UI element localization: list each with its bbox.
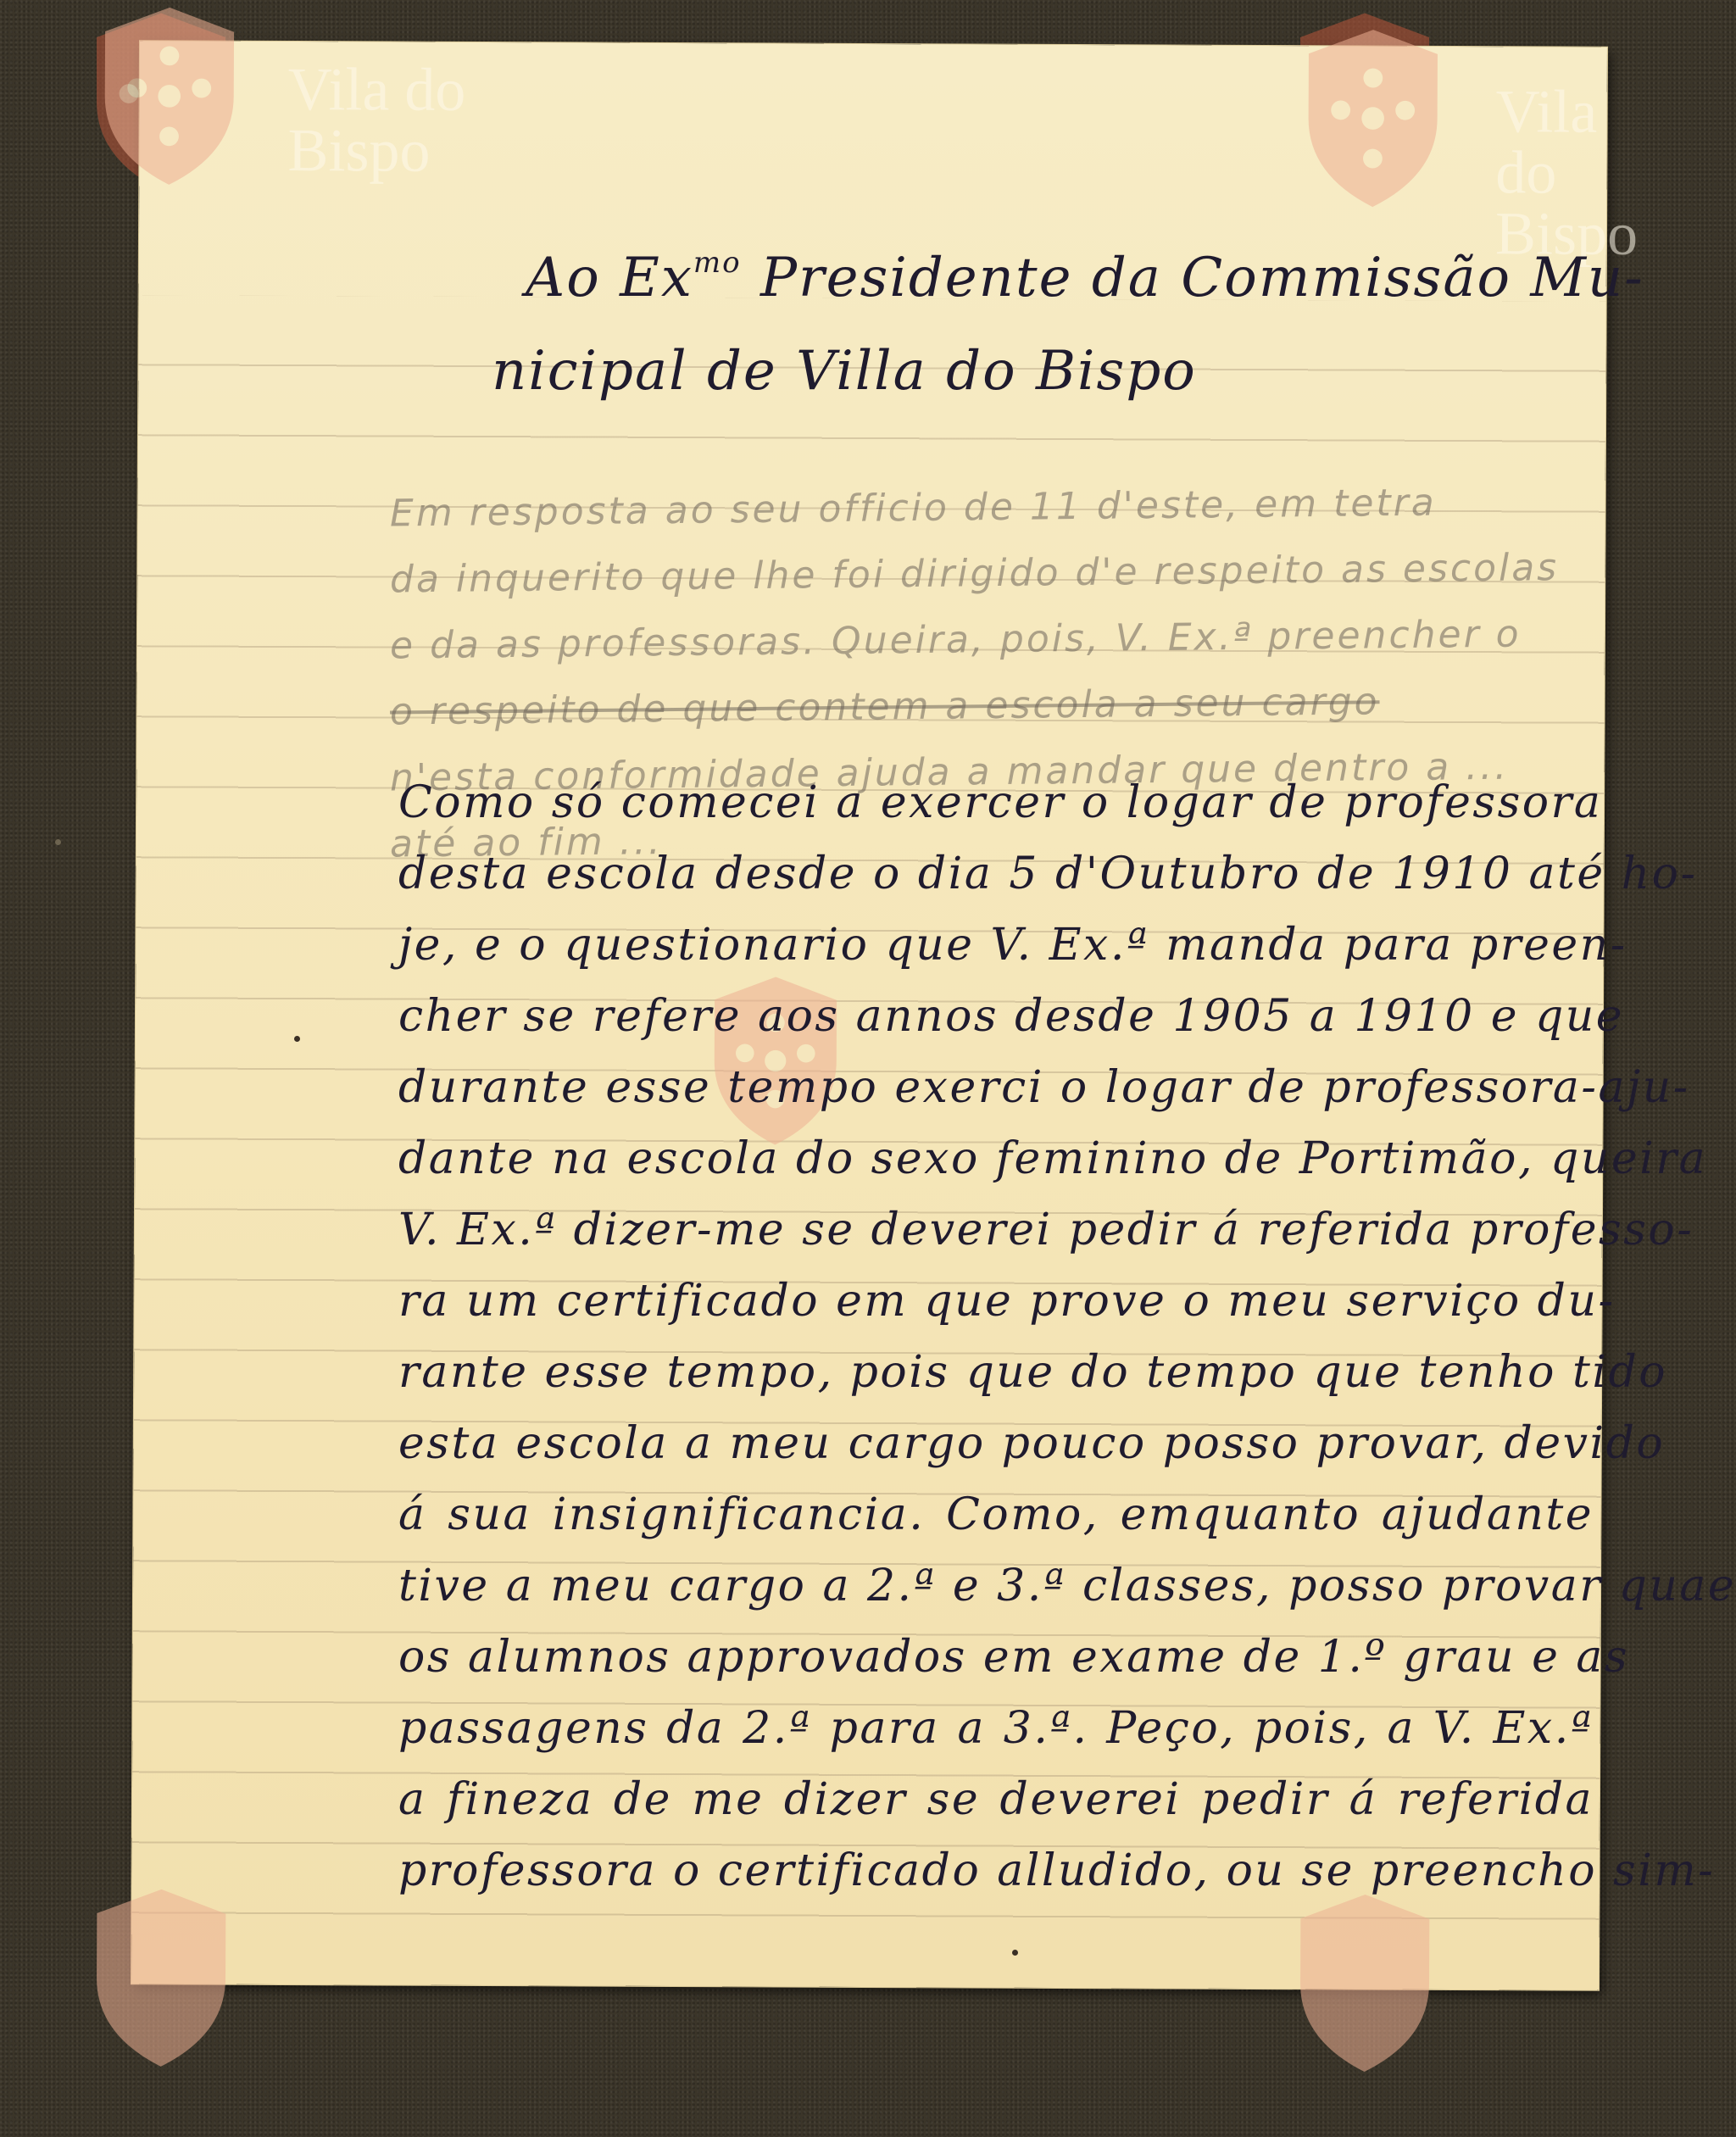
body-line: cher se refere aos annos desde 1905 a 19… — [398, 981, 1594, 1052]
body-line: os alumnos approvados em exame de 1.º gr… — [398, 1622, 1594, 1693]
body-line: rante esse tempo, pois que do tempo que … — [398, 1337, 1594, 1408]
letter-address: Ao Exmo Presidente da Commissão Mu- nici… — [526, 216, 1585, 418]
watermark-shield-icon — [1284, 1894, 1446, 2073]
body-line: Como só comecei a exercer o logar de pro… — [398, 767, 1594, 838]
body-line: passagens da 2.ª para a 3.ª. Peço, pois,… — [398, 1693, 1594, 1764]
watermark-shield-icon — [88, 7, 250, 186]
body-line: esta escola a meu cargo pouco posso prov… — [398, 1408, 1594, 1479]
body-line: á sua insignificancia. Como, emquanto aj… — [398, 1479, 1594, 1550]
watermark-shield-icon — [1292, 29, 1454, 208]
body-line: desta escola desde o dia 5 d'Outubro de … — [398, 838, 1594, 910]
body-line: dante na escola do sexo feminino de Port… — [398, 1123, 1594, 1194]
address-line-1: Ao Exmo Presidente da Commissão Mu- — [526, 216, 1585, 325]
address-line-2: nicipal de Villa do Bispo — [492, 325, 1585, 418]
ink-speck — [1012, 1950, 1018, 1956]
watermark-text: Vila do Bispo — [287, 58, 465, 181]
body-line: ra um certificado em que prove o meu ser… — [398, 1266, 1594, 1337]
letter-body: Como só comecei a exercer o logar de pro… — [398, 767, 1594, 1906]
body-line: professora o certificado alludido, ou se… — [398, 1835, 1594, 1906]
pencil-line-struck: o respeito de que contem a escola a seu … — [390, 667, 1603, 746]
ink-speck — [55, 839, 61, 845]
body-line: je, e o questionario que V. Ex.ª manda p… — [398, 910, 1594, 981]
pencil-line: da inquerito que lhe foi dirigido d'e re… — [390, 535, 1603, 614]
body-line: durante esse tempo exerci o logar de pro… — [398, 1052, 1594, 1123]
watermark-shield-icon — [81, 1889, 242, 2067]
pencil-line: Em resposta ao seu officio de 11 d'este,… — [390, 469, 1603, 548]
ink-speck — [294, 1036, 300, 1042]
body-line: a fineza de me dizer se deverei pedir á … — [398, 1764, 1594, 1835]
pencil-line: e da as professoras. Queira, pois, V. Ex… — [390, 601, 1603, 680]
body-line: tive a meu cargo a 2.ª e 3.ª classes, po… — [398, 1550, 1594, 1622]
body-line: V. Ex.ª dizer-me se deverei pedir á refe… — [398, 1194, 1594, 1266]
